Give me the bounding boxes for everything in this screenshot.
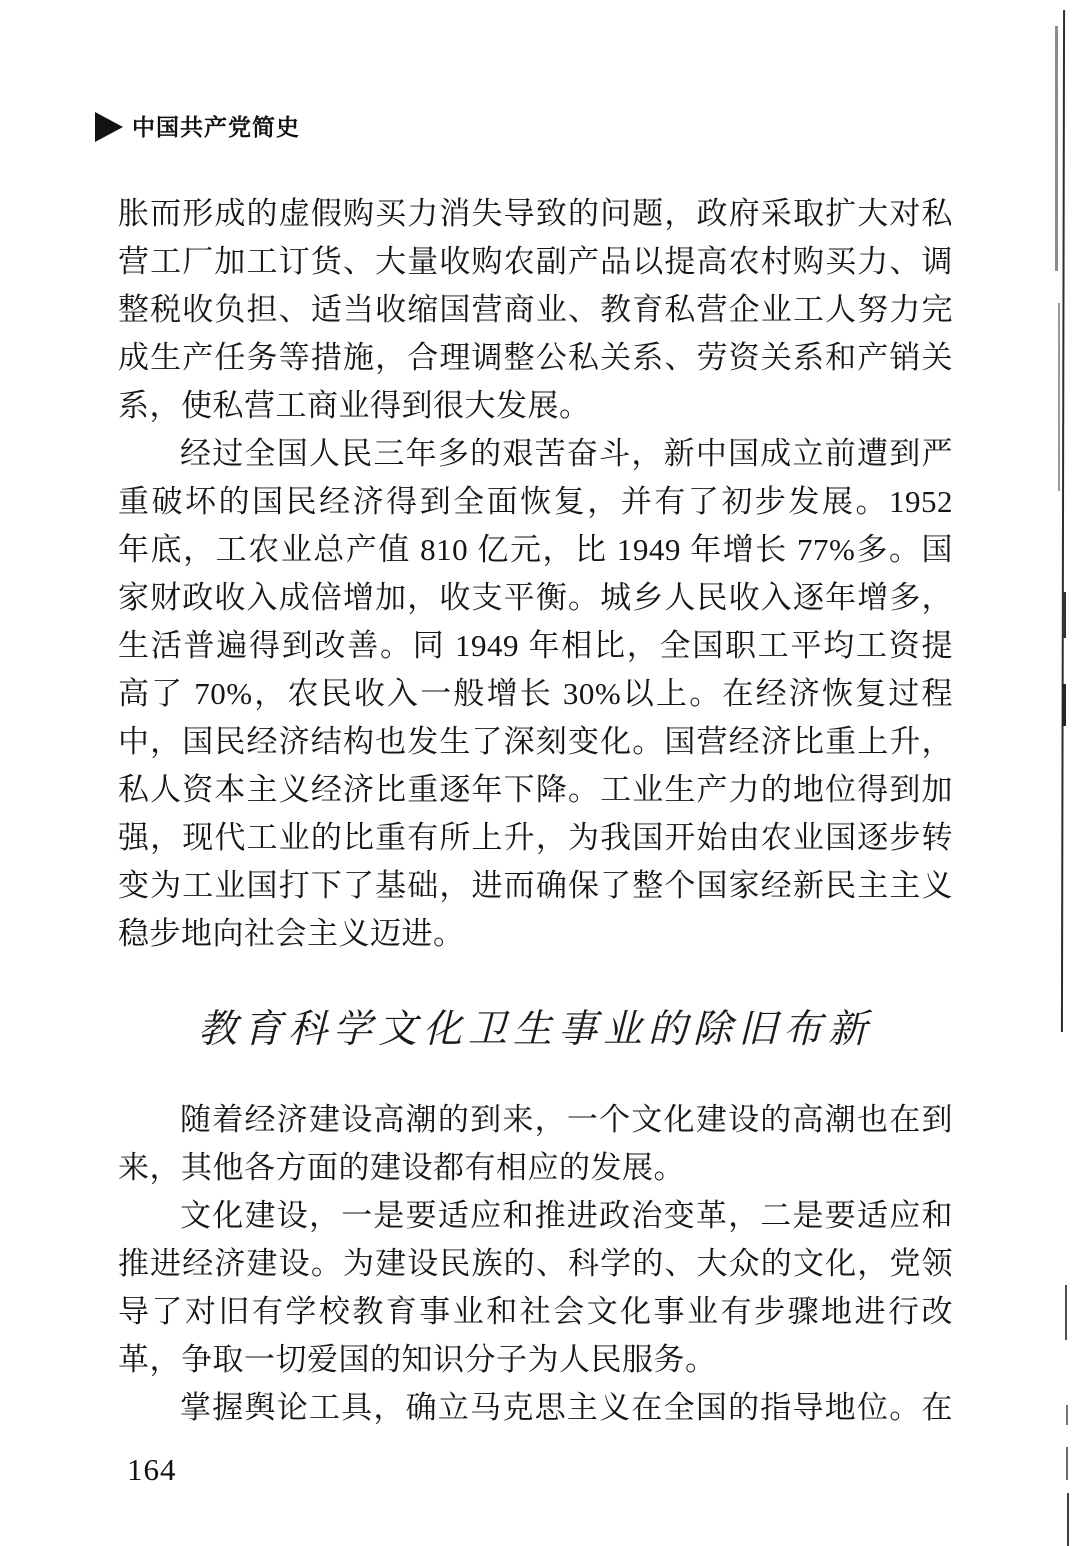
text-line: 营工厂加工订货、大量收购农副产品以提高农村购买力、调 (118, 238, 953, 286)
scan-edge-artifact (1066, 1447, 1068, 1480)
text-line: 中，国民经济结构也发生了深刻变化。国营经济比重上升， (118, 718, 953, 766)
text-line: 家财政收入成倍增加，收支平衡。城乡人民收入逐年增多， (118, 574, 953, 622)
text-line: 重破坏的国民经济得到全面恢复，并有了初步发展。1952 (118, 478, 953, 526)
text-line: 私人资本主义经济比重逐年下降。工业生产力的地位得到加 (118, 766, 953, 814)
text-line: 变为工业国打下了基础，进而确保了整个国家经新民主主义 (118, 862, 953, 910)
text-line: 经过全国人民三年多的艰苦奋斗，新中国成立前遭到严 (118, 430, 953, 478)
scan-edge-artifact (1055, 26, 1058, 271)
scan-edge-artifact (1061, 10, 1065, 1032)
book-title: 中国共产党简史 (132, 112, 300, 142)
scan-edge-artifact (1058, 303, 1060, 491)
running-header: 中国共产党简史 (95, 112, 300, 142)
text-line: 随着经济建设高潮的到来，一个文化建设的高潮也在到 (118, 1096, 953, 1144)
text-line: 高了 70%，农民收入一般增长 30%以上。在经济恢复过程 (118, 670, 953, 718)
text-line: 掌握舆论工具，确立马克思主义在全国的指导地位。在 (118, 1384, 953, 1432)
book-page: 中国共产党简史 胀而形成的虚假购买力消失导致的问题，政府采取扩大对私营工厂加工订… (0, 0, 1080, 1546)
text-line: 导了对旧有学校教育事业和社会文化事业有步骤地进行改 (118, 1288, 953, 1336)
scan-edge-artifact (1062, 592, 1066, 638)
scan-edge-artifact (1062, 684, 1066, 726)
text-line: 胀而形成的虚假购买力消失导致的问题，政府采取扩大对私 (118, 190, 953, 238)
body-text-block-1: 胀而形成的虚假购买力消失导致的问题，政府采取扩大对私营工厂加工订货、大量收购农副… (118, 190, 953, 958)
right-triangle-icon (95, 112, 123, 142)
text-line: 稳步地向社会主义迈进。 (118, 910, 953, 958)
text-line: 推进经济建设。为建设民族的、科学的、大众的文化，党领 (118, 1240, 953, 1288)
text-line: 生活普遍得到改善。同 1949 年相比，全国职工平均工资提 (118, 622, 953, 670)
text-line: 革，争取一切爱国的知识分子为人民服务。 (118, 1336, 953, 1384)
text-line: 成生产任务等措施，合理调整公私关系、劳资关系和产销关 (118, 334, 953, 382)
text-line: 年底，工农业总产值 810 亿元，比 1949 年增长 77%多。国 (118, 526, 953, 574)
scan-edge-artifact (1066, 1405, 1068, 1425)
scan-edge-artifact (1065, 1285, 1067, 1340)
scan-edge-artifact (1067, 1493, 1069, 1546)
text-line: 强，现代工业的比重有所上升，为我国开始由农业国逐步转 (118, 814, 953, 862)
page-number: 164 (127, 1452, 177, 1488)
text-line: 系，使私营工商业得到很大发展。 (118, 382, 953, 430)
section-heading: 教育科学文化卫生事业的除旧布新 (118, 1002, 953, 1058)
text-line: 来，其他各方面的建设都有相应的发展。 (118, 1144, 953, 1192)
text-line: 整税收负担、适当收缩国营商业、教育私营企业工人努力完 (118, 286, 953, 334)
text-line: 文化建设，一是要适应和推进政治变革，二是要适应和 (118, 1192, 953, 1240)
body-text-block-2: 随着经济建设高潮的到来，一个文化建设的高潮也在到来，其他各方面的建设都有相应的发… (118, 1096, 953, 1432)
